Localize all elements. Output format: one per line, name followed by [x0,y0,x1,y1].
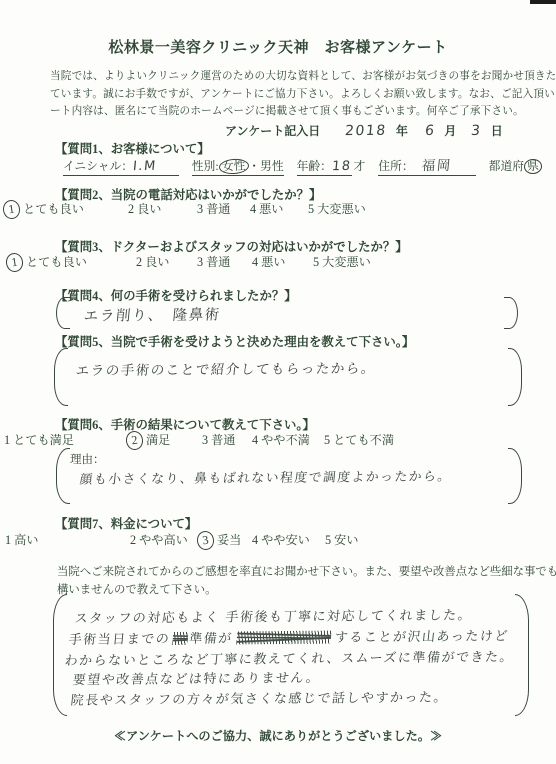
option-number: 3 [197,202,203,217]
option-label: やや不満 [261,433,310,447]
option-number: 5 [313,255,319,270]
option-label: とても満足 [13,433,74,447]
option-item: 1高い [5,531,38,548]
initial-field: イニシャル：I.M [63,159,179,176]
date-month-unit: 月 [444,124,456,138]
prefecture-ken-circled: 県 [524,158,543,174]
option-item: 3普通 [197,253,230,270]
question6-reason-handwritten: 顔も小さくなり、鼻もばれない程度で調度よかったから。 [79,465,453,487]
intro-line: ています。誠にお手数ですが、アンケートにご協力下さい。よろしくお願い致します。な… [50,86,556,104]
option-number: 4 [252,255,258,270]
left-bracket [56,297,70,329]
option-item: 5大変悪い [313,253,371,270]
option-item: 5とても不満 [324,431,394,448]
option-label: 良い [137,202,161,216]
initial-value-handwritten: I.M [132,159,157,174]
prefecture-text: 都道府 [489,159,524,173]
feedback-line1-handwritten: スタッフの対応もよく 手術後も丁寧に対応してくれました。 [74,604,473,626]
question6-reason-box: 理由： 顔も小さくなり、鼻もばれない程度で調度よかったから。 [56,448,522,504]
right-bracket [508,448,522,504]
gender-female-circled: 女性 [218,158,249,175]
question7-options: 1高い 2やや高い 3妥当 4やや安い 5安い [0,531,556,551]
prefecture-suffix: 都道府県 [489,159,542,173]
option-label: やや安い [261,533,310,547]
option-item: 2良い [128,200,161,217]
feedback-prompt-line: 当院へご来院されてからのご感想を率直にお聞かせ下さい。また、要望や改善点など些細… [57,564,556,582]
option-label: 安い [334,533,358,547]
gender-male: 男性 [260,159,284,173]
option-label: 高い [14,533,38,547]
option-item: 4やや安い [252,531,310,548]
option-item: 4悪い [250,200,283,217]
option-item: 1とても良い [5,200,84,219]
question4-answer-handwritten: エラ削り、 隆鼻術 [83,303,222,325]
option-number: 3 [202,433,208,448]
scanned-survey-sheet: 松林景一美容クリニック天神 お客様アンケート 当院では、よりよいクリニック運営の… [0,0,556,764]
option-number: 5 [308,202,314,217]
question7-header: 【質問7、料金について】 [55,514,197,532]
date-year-handwritten: 2018 [344,123,387,139]
option-number: 4 [250,202,256,217]
address-value-handwritten: 福岡 [413,154,461,174]
reason-label: 理由： [70,451,105,467]
age-field: 年齢：18 [297,159,352,176]
option-number: 2 [130,533,136,548]
option-number: 3 [197,255,203,270]
feedback-line2-post: することが沢山あったけど [334,629,509,646]
option-item: 4やや不満 [252,431,310,448]
right-bracket [504,297,518,329]
option-item: 1とても良い [8,253,87,272]
option-number: 4 [252,433,258,448]
option-label: 悪い [261,255,285,269]
question2-options: 1とても良い 2良い 3普通 4悪い 5大変悪い [0,200,556,220]
option-number: 5 [325,533,331,548]
scribbled-out-character [172,632,188,645]
date-year-unit: 年 [396,124,408,138]
question4-answer-box: エラ削り、 隆鼻術 [56,297,518,329]
option-label: 普通 [206,255,230,269]
option-number: 5 [324,433,330,448]
option-label: 普通 [206,202,230,216]
left-bracket [54,348,68,406]
option-item: 4悪い [252,253,285,270]
option-item: 3普通 [197,200,230,217]
closing-thanks: ≪アンケートへのご協力、誠にありがとうございました。≫ [0,727,556,744]
feedback-line3-handwritten: わからないところなど丁寧に教えてくれ、スムーズに準備ができた。 [64,646,515,669]
date-month-handwritten: 6 [424,123,436,139]
gender-field: 性別:女性・男性 [192,159,284,176]
age-label: 年齢： [297,159,332,173]
option-item: 2やや高い [130,531,188,548]
page-title: 松林景一美容クリニック天神 お客様アンケート [0,36,556,57]
intro-line: 当院では、よりよいクリニック運営のための大切な資料として、お客様がお気づきの事を… [50,68,556,86]
option-item: 3普通 [202,431,235,448]
option-number: 2 [128,202,134,217]
initial-label: イニシャル： [63,159,133,173]
option-label: とても不満 [333,433,394,447]
left-bracket [56,448,70,504]
feedback-line2-mid: 準備が [189,631,234,646]
feedback-answer-box: スタッフの対応もよく 手術後も丁寧に対応してくれました。 手術当日までの準備がす… [53,594,529,716]
option-number: 1 [2,199,21,220]
option-number: 3 [196,530,215,551]
option-label: 妥当 [217,533,241,547]
option-label: 大変悪い [322,255,371,269]
option-item: 5安い [325,531,358,548]
intro-line: ート内容は、匿名にて当院のホームページに掲載させて頂く事もございます。何卒ご了承… [50,103,556,121]
option-number: 2 [136,255,142,270]
option-label: 大変悪い [317,202,366,216]
feedback-line4-handwritten: 要望や改善点などは特にありません。 [72,667,321,688]
scan-artifact-mark [530,0,556,4]
option-number: 4 [252,533,258,548]
option-label: 満足 [146,433,170,447]
option-item: 3妥当 [199,531,241,550]
age-unit: 才 [354,159,366,173]
option-item: 1とても満足 [4,431,74,448]
question5-answer-handwritten: エラの手術のことで紹介してもらったから。 [75,357,377,380]
option-number: 1 [5,533,11,548]
gender-label: 性別: [192,159,219,173]
option-label: 悪い [259,202,283,216]
option-item: 2良い [136,253,169,270]
right-bracket [515,594,529,716]
intro-paragraph: 当院では、よりよいクリニック運営のための大切な資料として、お客様がお気づきの事を… [50,68,556,121]
date-day-handwritten: 3 [471,123,483,139]
right-bracket [508,348,522,406]
question3-options: 1とても良い 2良い 3普通 4悪い 5大変悪い [0,253,556,273]
option-label: とても良い [23,202,84,216]
option-label: 良い [145,255,169,269]
address-field: 住所：福岡 [378,159,475,176]
option-number: 1 [5,252,24,273]
address-label: 住所： [378,159,413,173]
date-day-unit: 日 [491,124,503,138]
gender-separator: ・ [248,159,260,173]
age-value-handwritten: 18 [331,159,352,174]
option-number: 1 [4,433,10,448]
question5-answer-box: エラの手術のことで紹介してもらったから。 [54,348,522,406]
option-label: 普通 [211,433,235,447]
feedback-line5-handwritten: 院長やスタッフの方々が気さくな感じで話しやすかった。 [70,686,449,708]
survey-date-row: アンケート記入日 2018 年 6 月 3 日 [225,122,503,139]
option-item: 5大変悪い [308,200,366,217]
option-label: とても良い [26,255,87,269]
question1-fields: イニシャル：I.M 性別:女性・男性 年齢：18才 住所：福岡 都道府県 [63,154,542,174]
date-label: アンケート記入日 [225,124,320,138]
option-label: やや高い [139,533,188,547]
feedback-line2-handwritten: 手術当日までの準備がすることが沢山あったけど [68,625,510,648]
feedback-line2-pre: 手術当日までの [68,632,171,648]
scribbled-out-text [236,631,331,645]
